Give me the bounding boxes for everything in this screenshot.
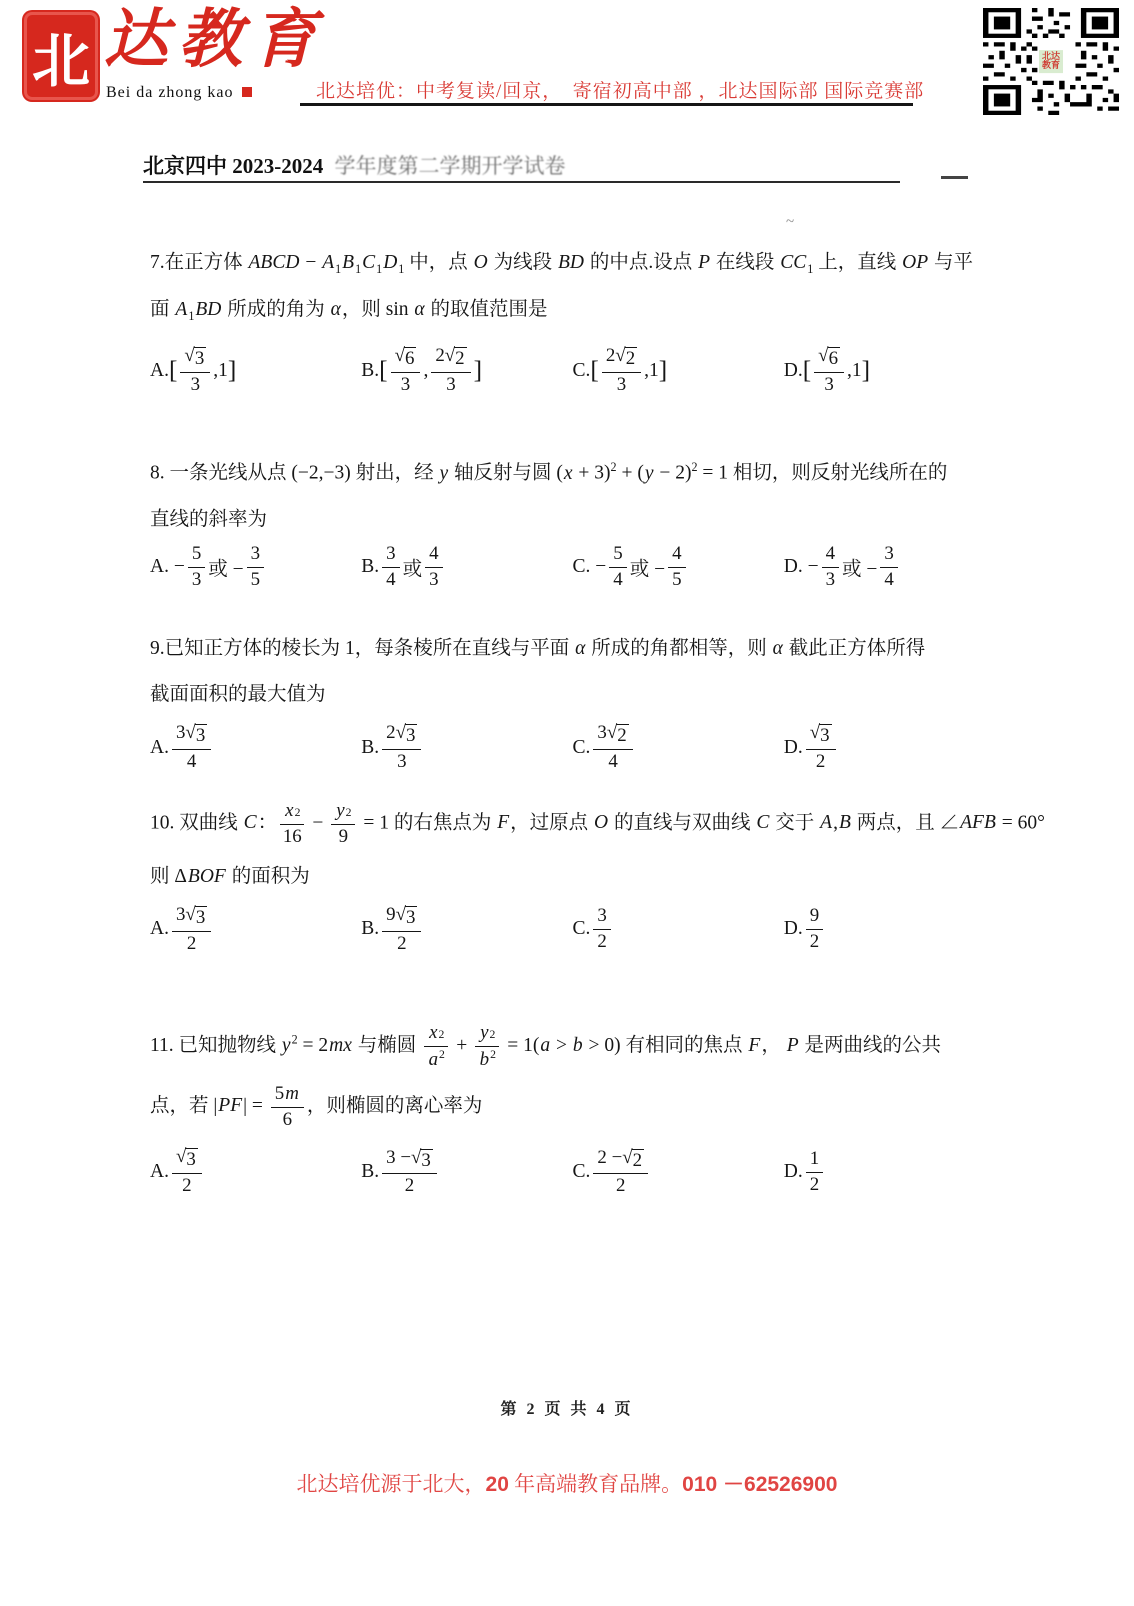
option-a: A.3√34 [150,722,361,773]
option-c: C. 32 [573,905,784,953]
hotline-phone: 010 －62526900 [682,1473,837,1496]
qr-badge-line2: 教育 [1042,61,1060,71]
question-7-options: A.[√33,1] B.[√63,2√23] C.[2√23,1] D.[√63… [150,345,995,396]
question-10-options: A. 3√32 B. 9√32 C. 32 D. 92 [150,904,995,955]
question-7-line-1: 7.在正方体 ABCD − A1B1C1D1 中，点 O 为线段 BD 的中点.… [150,248,995,279]
option-c: C.[2√23,1] [573,345,784,396]
question-8-options: A. −53或 −35 B. 34或43 C. −54或 −45 D. −43或… [150,543,995,591]
question-10: 10. 双曲线 C：x216 − y29 = 1 的右焦点为 F，过原点 O 的… [150,800,995,954]
question-7: 7.在正方体 ABCD − A1B1C1D1 中，点 O 为线段 BD 的中点.… [150,248,995,396]
exam-title: 北京四中 2023-2024 学年度第二学期开学试卷 [143,150,566,180]
option-c: C. −54或 −45 [573,543,784,591]
option-a: A. −53或 −35 [150,543,361,591]
option-a: A.[√33,1] [150,346,361,396]
exam-title-term: 学年度第二学期开学试卷 [335,154,566,178]
page-footer: 第 2 页 共 4 页 [0,1396,1134,1419]
header-tagline: 北达培优：中考复读/回京， 寄宿初高中部 ，北达国际部 国际竞赛部 [316,76,924,103]
exam-title-school: 北京四中 2023-2024 [143,154,323,178]
scan-artifact-dash [941,176,968,179]
option-b: B.[√63,2√23] [361,345,572,396]
option-d: D. −43或 −34 [784,543,995,591]
brand-seal: 北 [24,12,98,100]
red-square-icon [242,87,252,97]
qr-badge-line1: 北达 [1042,51,1060,61]
title-underline [143,181,900,183]
header-divider [300,103,913,106]
option-b: B.2√33 [361,722,572,773]
option-d: D.√32 [784,723,995,773]
brand-calligraphy: 达教育 [104,2,326,79]
question-11: 11. 已知抛物线 y2 = 2mx 与椭圆 x2a2 + y2b2 = 1(a… [150,1022,995,1197]
question-7-line-2: 面 A1BD 所成的角为 α，则 sin α 的取值范围是 [150,295,995,326]
hotline-middle: 年高端教育品牌。 [509,1472,682,1496]
question-10-line-2: 则 ΔBOF 的面积为 [150,862,995,892]
qr-code: 北达教育 [983,8,1119,115]
question-11-line-1: 11. 已知抛物线 y2 = 2mx 与椭圆 x2a2 + y2b2 = 1(a… [150,1022,995,1071]
option-c: C. 2 − √22 [573,1147,784,1198]
question-9-line-2: 截面面积的最大值为 [150,680,995,710]
option-d: D. 92 [784,905,995,953]
question-8: 8. 一条光线从点 (−2,−3) 射出，经 y 轴反射与圆 (x + 3)2 … [150,458,995,591]
question-11-line-2: 点，若 |PF| = 5m6，则椭圆的离心率为 [150,1083,995,1131]
option-a: A. √32 [150,1147,361,1197]
question-10-line-1: 10. 双曲线 C：x216 − y29 = 1 的右焦点为 F，过原点 O 的… [150,800,995,848]
option-d: D. 12 [784,1148,995,1196]
option-c: C.3√24 [573,722,784,773]
option-b: B. 3 − √32 [361,1147,572,1198]
hotline-prefix: 北达培优源于北大， [297,1472,486,1496]
question-9: 9.已知正方体的棱长为 1，每条棱所在直线与平面 α 所成的角都相等，则 α 截… [150,634,995,773]
hotline-bar: 北达培优源于北大，20 年高端教育品牌。010 －62526900 [0,1468,1134,1498]
exam-page: 北 达教育 Bei da zhong kao 北达培优：中考复读/回京， 寄宿初… [0,0,1134,1606]
qr-center-badge: 北达教育 [1039,50,1063,74]
brand-subtitle: Bei da zhong kao [106,84,252,102]
question-11-options: A. √32 B. 3 − √32 C. 2 − √22 D. 12 [150,1147,995,1198]
question-8-line-1: 8. 一条光线从点 (−2,−3) 射出，经 y 轴反射与圆 (x + 3)2 … [150,458,995,489]
question-9-line-1: 9.已知正方体的棱长为 1，每条棱所在直线与平面 α 所成的角都相等，则 α 截… [150,634,995,664]
option-b: B. 9√32 [361,904,572,955]
option-a: A. 3√32 [150,904,361,955]
hotline-years: 20 [486,1473,509,1496]
question-9-options: A.3√34 B.2√33 C.3√24 D.√32 [150,722,995,773]
option-d: D.[√63,1] [784,346,995,396]
scan-artifact-tilde: ~ [786,214,794,231]
question-8-line-2: 直线的斜率为 [150,505,995,535]
option-b: B. 34或43 [361,543,572,591]
brand-subtitle-text: Bei da zhong kao [106,84,234,101]
